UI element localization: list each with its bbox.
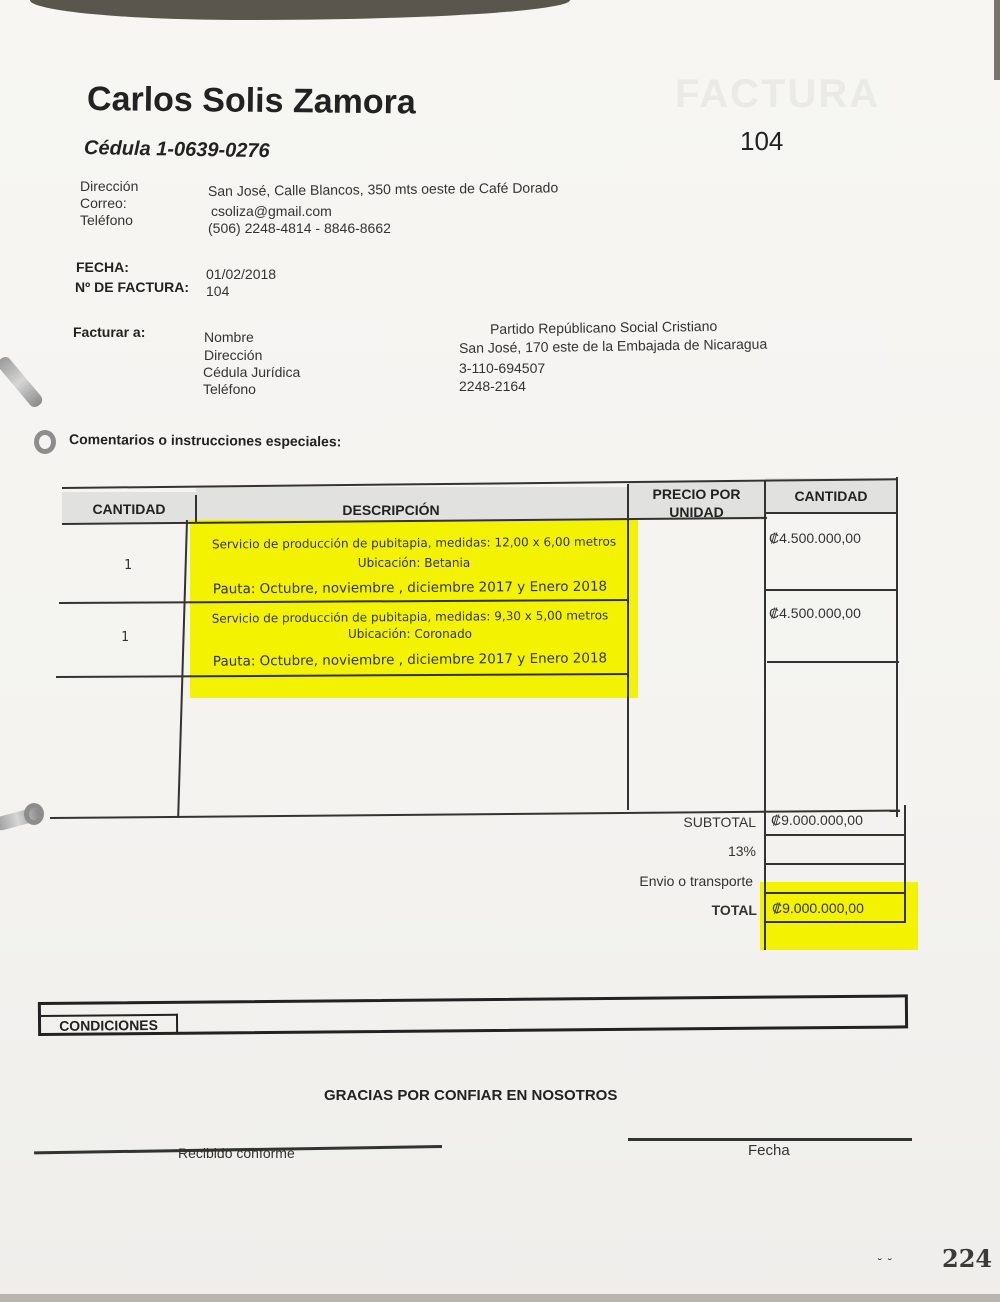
header-unit-price: PRECIO POR UNIDAD: [628, 485, 765, 521]
page-edge: [994, 0, 1000, 80]
date-signature-label: Fecha: [748, 1142, 790, 1159]
shipping-label: Envio o transporte: [560, 873, 753, 889]
page-stamp-number: 224: [942, 1244, 992, 1273]
row-1-location: Ubicación: Betania: [204, 556, 624, 570]
totals-divider: [766, 834, 906, 836]
bill-to-address-value: San José, 170 este de la Embajada de Nic…: [459, 336, 767, 356]
scanned-invoice-page: FACTURA Carlos Solis Zamora Cédula 1-063…: [0, 0, 1000, 1302]
document-type-watermark: FACTURA: [675, 72, 880, 117]
row-2-location: Ubicación: Coronado: [200, 627, 620, 641]
binder-ring-icon: [0, 355, 45, 410]
table-col-divider: [627, 484, 629, 810]
header-quantity: CANTIDAD: [62, 501, 196, 517]
comments-label: Comentarios o instrucciones especiales:: [69, 431, 341, 449]
email-label: Correo:: [80, 195, 127, 211]
binder-ring-hole-icon: [24, 803, 44, 825]
subtotal-label: SUBTOTAL: [600, 814, 756, 830]
page-edge-bottom: [0, 1294, 1000, 1302]
bill-to-phone-label: Teléfono: [203, 381, 256, 397]
invoice-number-header: 104: [740, 126, 783, 157]
signature-line-date: [628, 1138, 912, 1141]
tax-label: 13%: [600, 843, 756, 859]
table-row-divider: [767, 661, 899, 663]
row-1-quantity: 1: [124, 558, 132, 573]
date-label: FECHA:: [76, 259, 129, 275]
totals-divider: [766, 863, 906, 865]
table-row-divider: [766, 589, 898, 591]
conditions-label: CONDICIONES: [41, 1014, 178, 1035]
total-value: ₡9.000.000,00: [772, 900, 864, 916]
totals-divider: [766, 892, 906, 894]
binder-shadow: [30, 0, 570, 20]
header-description: DESCRIPCIÓN: [196, 502, 586, 518]
received-label: Recibido conforme: [178, 1145, 295, 1161]
bill-to-label: Facturar a:: [73, 324, 145, 340]
header-amount: CANTIDAD: [765, 488, 897, 504]
subtotal-value: ₡9.000.000,00: [771, 812, 863, 828]
row-1-schedule: Pauta: Octubre, noviembre , diciembre 20…: [200, 579, 620, 598]
table-border-right: [896, 477, 898, 817]
row-1-description: Servicio de producción de pubitapia, med…: [204, 535, 624, 552]
thank-you-message: GRACIAS POR CONFIAR EN NOSOTROS: [324, 1087, 617, 1104]
address-value: San José, Calle Blancos, 350 mts oeste d…: [208, 179, 558, 199]
bill-to-legal-id-label: Cédula Jurídica: [203, 364, 300, 380]
stamp-marks: ˘˘: [878, 1256, 898, 1270]
bill-to-phone-value: 2248-2164: [459, 378, 526, 394]
date-value: 01/02/2018: [206, 266, 276, 282]
bill-to-name-value: Partido Repúblicano Social Cristiano: [490, 318, 717, 337]
conditions-box: CONDICIONES: [38, 994, 908, 1036]
row-2-quantity: 1: [121, 630, 129, 645]
invoice-number-label: Nº DE FACTURA:: [75, 279, 189, 295]
owner-name: Carlos Solis Zamora: [87, 80, 416, 122]
row-2-amount: ₡4.500.000,00: [769, 605, 861, 621]
address-label: Dirección: [80, 178, 138, 194]
table-col-divider: [177, 520, 188, 818]
bill-to-legal-id-value: 3-110-694507: [459, 360, 545, 376]
table-header-divider: [765, 512, 897, 514]
phone-value: (506) 2248-4814 - 8846-8662: [208, 220, 391, 236]
invoice-number-value: 104: [206, 283, 229, 299]
row-1-amount: ₡4.500.000,00: [769, 530, 861, 546]
table-col-divider: [764, 480, 766, 950]
bill-to-name-label: Nombre: [204, 329, 254, 345]
binder-ring-hole-icon: [34, 430, 56, 454]
total-label: TOTAL: [600, 902, 757, 918]
email-value: csoliza@gmail.com: [211, 203, 332, 219]
phone-label: Teléfono: [80, 212, 133, 228]
owner-id: Cédula 1-0639-0276: [84, 137, 270, 163]
totals-divider: [766, 921, 906, 923]
bill-to-address-label: Dirección: [204, 347, 262, 363]
